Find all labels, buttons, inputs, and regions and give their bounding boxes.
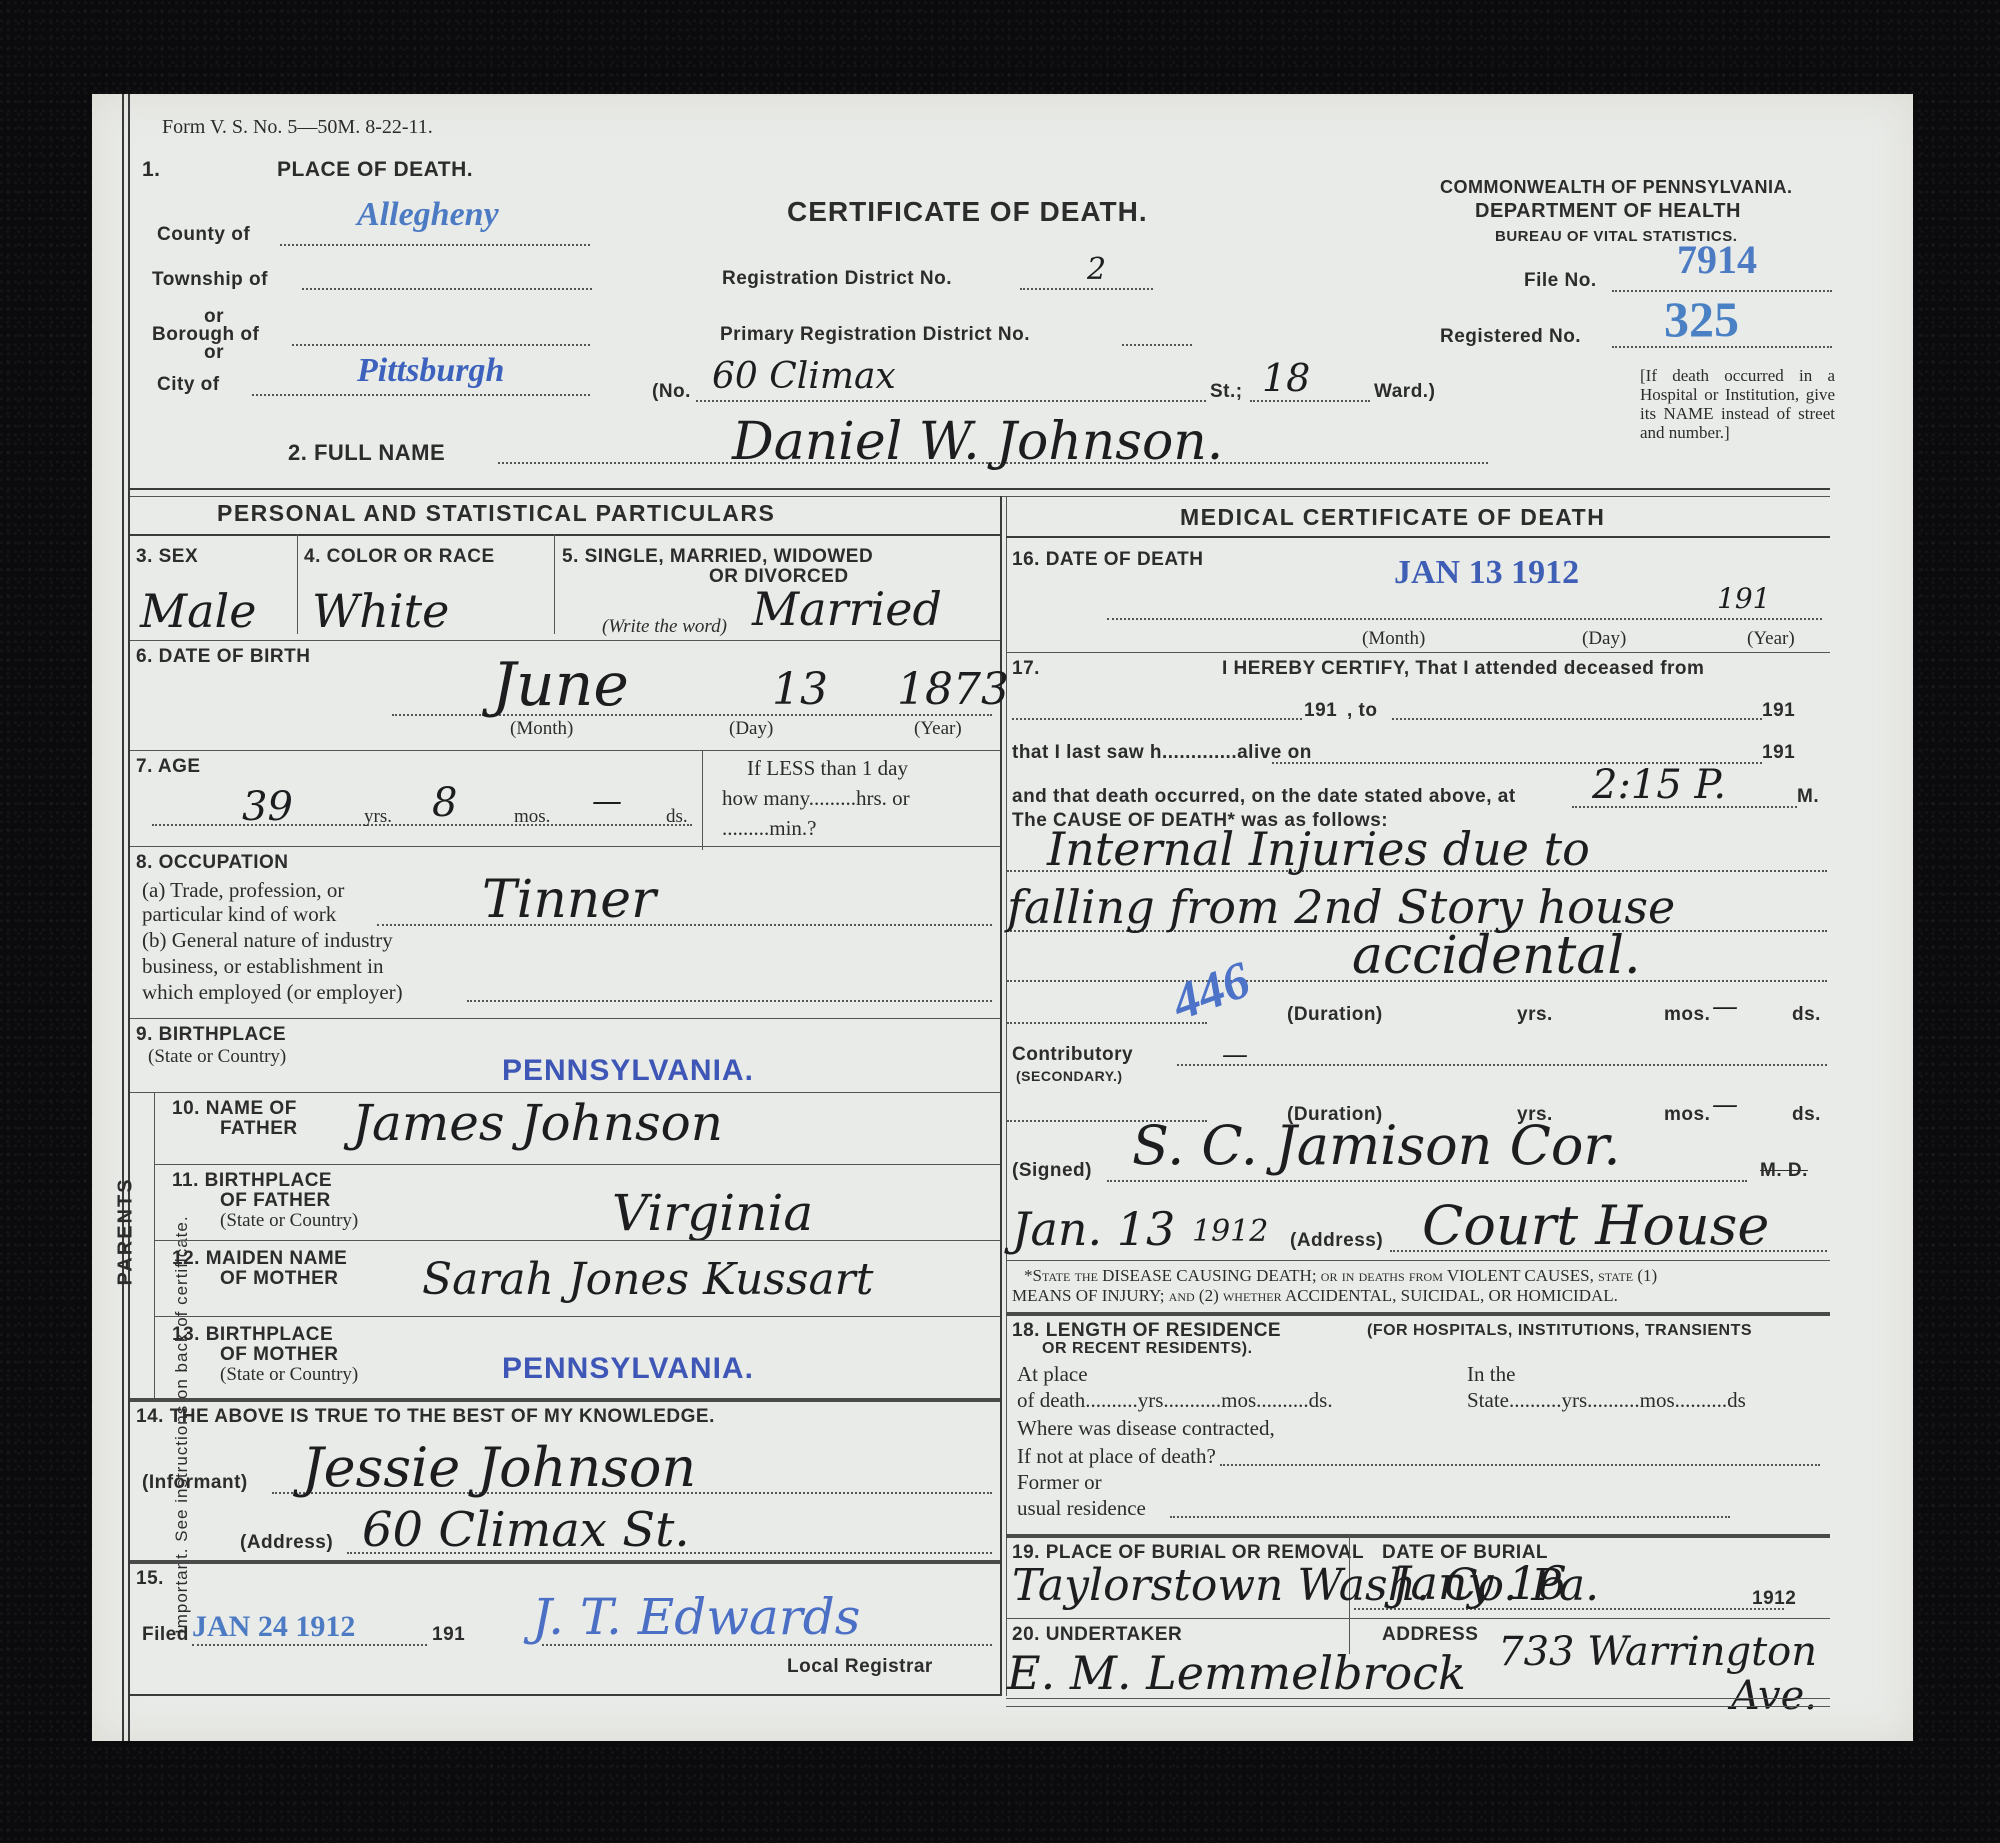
margin-line (122, 94, 124, 1741)
dod-day-caption: (Day) (1582, 628, 1626, 650)
burial-date-value: Jany 16 (1392, 1556, 1567, 1610)
occupation-b-2: business, or establishment in (142, 954, 383, 979)
age-label: 7. AGE (136, 756, 201, 778)
informant-address-label: (Address) (240, 1532, 333, 1554)
divider (130, 488, 1830, 490)
former-residence-line (1170, 1516, 1730, 1518)
contributory-line (1177, 1064, 1827, 1066)
informant-address-value: 60 Climax St. (362, 1502, 690, 1558)
mother-birthplace-label: 13. BIRTHPLACE (172, 1324, 333, 1346)
age-months: 8 (432, 780, 457, 826)
signed-line (1107, 1180, 1747, 1182)
form-number: Form V. S. No. 5—50M. 8-22-11. (162, 116, 433, 139)
city-value: Pittsburgh (357, 352, 504, 390)
less-than-day-1: If LESS than 1 day (747, 756, 908, 781)
marital-label: 5. SINGLE, MARRIED, WIDOWED (562, 546, 873, 568)
duration-2-days: — (1712, 1090, 1738, 1120)
informant-value: Jessie Johnson (302, 1436, 696, 1499)
county-label: County of (157, 224, 250, 246)
occupation-b-3: which employed (or employer) (142, 980, 403, 1005)
divider (130, 1398, 1000, 1402)
street-line (696, 400, 1206, 402)
less-than-day-3: .........min.? (722, 816, 817, 841)
occupation-a-1: (a) Trade, profession, or (142, 878, 344, 903)
divider (1006, 1706, 1830, 1707)
in-state-fields: State..........yrs..........mos.........… (1467, 1388, 1746, 1413)
duration-2-mos: mos. (1664, 1104, 1710, 1126)
cause-value-3: accidental. (1352, 926, 1641, 986)
place-of-death-heading: PLACE OF DEATH. (277, 158, 473, 182)
occupation-a-line (377, 924, 992, 926)
divider (130, 750, 1000, 751)
section-number-1: 1. (142, 158, 161, 182)
cause-value-1: Internal Injuries due to (1047, 822, 1590, 876)
last-saw-suffix: 191 (1762, 742, 1795, 764)
contributory-label: Contributory (1012, 1044, 1133, 1066)
at-place-label: At place (1017, 1362, 1088, 1387)
signed-address-label: (Address) (1290, 1230, 1383, 1252)
father-birthplace-label: 11. BIRTHPLACE (172, 1170, 332, 1192)
registered-no-label: Registered No. (1440, 326, 1581, 348)
contributory-sub: (SECONDARY.) (1016, 1068, 1123, 1084)
race-label: 4. COLOR OR RACE (304, 546, 495, 568)
mother-birthplace-sub: (State or Country) (220, 1364, 358, 1386)
street-suffix: St.; (1210, 381, 1243, 403)
township-line (302, 288, 592, 290)
registered-no-value: 325 (1664, 290, 1739, 348)
less-than-day-2: how many.........hrs. or (722, 786, 910, 811)
signed-label: (Signed) (1012, 1160, 1092, 1182)
divider (1006, 536, 1830, 538)
duration-1-mos: mos. (1664, 1004, 1710, 1026)
informant-label: (Informant) (142, 1472, 248, 1494)
city-line (252, 394, 590, 396)
dob-year: 1873 (897, 664, 1009, 715)
former-residence-label-2: usual residence (1017, 1496, 1146, 1521)
dod-year-caption: (Year) (1747, 628, 1795, 650)
file-no-label: File No. (1524, 270, 1597, 292)
contracted-label: Where was disease contracted, (1017, 1416, 1275, 1441)
month-caption: (Month) (510, 718, 573, 740)
duration-2-ds: ds. (1792, 1104, 1821, 1126)
age-mos-caption: mos. (514, 806, 550, 828)
divider (130, 1092, 1000, 1093)
father-birthplace-label-2: OF FATHER (220, 1190, 331, 1212)
divider (1006, 1534, 1830, 1538)
duration-1-label: (Duration) (1287, 1004, 1383, 1026)
mother-birthplace-label-2: OF MOTHER (220, 1344, 339, 1366)
city-label: City of (157, 374, 220, 396)
cell-divider (702, 750, 703, 850)
parents-side-label: PARENTS (115, 1177, 138, 1285)
duration-1-yrs: yrs. (1517, 1004, 1553, 1026)
divider (154, 1164, 1000, 1165)
occupation-a-2: particular kind of work (142, 902, 336, 927)
registrar-signature: J. T. Edwards (532, 1588, 860, 1646)
occupation-value: Tinner (482, 870, 656, 930)
signed-year: 1912 (1192, 1214, 1268, 1249)
marital-hint: (Write the word) (602, 616, 727, 638)
street-value: 60 Climax (712, 356, 896, 397)
registration-district-line (1020, 288, 1153, 290)
duration-1-ds: ds. (1792, 1004, 1821, 1026)
birthplace-sub: (State or Country) (148, 1046, 286, 1068)
full-name-label: 2. FULL NAME (288, 440, 445, 466)
dod-month-caption: (Month) (1362, 628, 1425, 650)
primary-district-line (1122, 344, 1192, 346)
father-name-value: James Johnson (352, 1094, 723, 1152)
ward-line (1250, 400, 1370, 402)
registrar-label: Local Registrar (787, 1656, 933, 1678)
father-name-label-2: FATHER (220, 1118, 298, 1140)
divider (130, 534, 1000, 536)
age-years: 39 (242, 784, 293, 830)
hospital-note: [If death occurred in a Hospital or Inst… (1640, 366, 1835, 442)
residence-note-2: OR RECENT RESIDENTS). (1042, 1340, 1253, 1358)
year-caption: (Year) (914, 718, 962, 740)
filed-year-prefix: 191 (432, 1624, 465, 1646)
certify-text: I HEREBY CERTIFY, That I attended deceas… (1222, 658, 1704, 680)
borough-line (292, 344, 590, 346)
date-of-death-stamp: JAN 13 1912 (1394, 554, 1579, 592)
issuer-commonwealth: COMMONWEALTH OF PENNSYLVANIA. (1440, 177, 1792, 198)
death-time-value: 2:15 P. (1592, 762, 1726, 808)
footnote-line-2: MEANS OF INJURY; and (2) whether ACCIDEN… (1012, 1286, 1618, 1306)
death-time-suffix: M. (1797, 786, 1819, 808)
last-saw-text: that I last saw h.............alive on (1012, 742, 1312, 764)
mother-birthplace-value: PENNSYLVANIA. (502, 1352, 754, 1386)
signed-address-value: Court House (1422, 1194, 1769, 1257)
ward-label: Ward.) (1374, 381, 1435, 403)
dob-label: 6. DATE OF BIRTH (136, 646, 310, 668)
county-value: Allegheny (357, 196, 499, 234)
mother-name-label: 12. MAIDEN NAME (172, 1248, 347, 1270)
age-line (152, 824, 692, 826)
duration-1-line (1007, 1022, 1207, 1024)
attended-from-suffix: 191 (1304, 700, 1337, 722)
registration-district-value: 2 (1087, 252, 1106, 287)
divider (130, 846, 1000, 847)
at-place-fields: of death..........yrs...........mos.....… (1017, 1388, 1333, 1413)
ward-value: 18 (1262, 356, 1310, 400)
birthplace-label: 9. BIRTHPLACE (136, 1024, 286, 1046)
sex-value: Male (140, 584, 256, 638)
medical-section-title: MEDICAL CERTIFICATE OF DEATH (1180, 504, 1605, 531)
father-birthplace-value: Virginia (612, 1184, 813, 1242)
age-ds-caption: ds. (666, 806, 688, 828)
cell-divider (297, 534, 298, 634)
father-birthplace-sub: (State or Country) (220, 1210, 358, 1232)
divider (154, 1240, 1000, 1241)
divider (154, 1316, 1000, 1317)
divider (1006, 1312, 1830, 1316)
former-residence-label: Former or (1017, 1470, 1102, 1495)
margin-instruction-note: Important. See instructions on back of c… (172, 1114, 192, 1634)
undertaker-address-value: 733 Warrington Ave. (1437, 1630, 1817, 1718)
birthplace-value: PENNSYLVANIA. (502, 1054, 754, 1088)
residence-label: 18. LENGTH OF RESIDENCE (1012, 1320, 1281, 1342)
undertaker-value: E. M. Lemmelbrock (1007, 1646, 1466, 1700)
certify-number: 17. (1012, 658, 1040, 680)
margin-line (128, 94, 130, 1741)
occupation-label: 8. OCCUPATION (136, 852, 289, 874)
full-name-value: Daniel W. Johnson. (732, 412, 1223, 472)
footnote-line-1: *State the DISEASE CAUSING DEATH; or in … (1024, 1266, 1657, 1286)
contracted-label-2: If not at place of death? (1017, 1444, 1216, 1469)
divider (130, 640, 1000, 641)
age-yrs-caption: yrs. (364, 806, 392, 828)
filed-label: Filed (142, 1624, 189, 1646)
death-certificate-document: Important. See instructions on back of c… (92, 94, 1913, 1741)
filed-section-number: 15. (136, 1568, 164, 1590)
burial-year: 1912 (1752, 1588, 1796, 1610)
father-name-label: 10. NAME OF (172, 1098, 297, 1120)
contracted-line (1220, 1464, 1820, 1466)
cause-stamp-number: 446 (1164, 950, 1257, 1032)
divider (1006, 1698, 1830, 1699)
attended-to-line (1392, 718, 1762, 720)
undertaker-label: 20. UNDERTAKER (1012, 1624, 1182, 1646)
dob-day: 13 (772, 664, 828, 715)
occupation-b-line (467, 1000, 992, 1002)
date-of-death-year-prefix: 191 (1717, 582, 1770, 615)
certificate-title: CERTIFICATE OF DEATH. (787, 196, 1148, 228)
or-text: or (204, 342, 224, 364)
divider (130, 1694, 1000, 1696)
attended-to-label: , to (1347, 700, 1378, 722)
primary-district-label: Primary Registration District No. (720, 324, 1030, 346)
date-of-death-label: 16. DATE OF DEATH (1012, 549, 1203, 571)
death-time-text: and that death occurred, on the date sta… (1012, 786, 1516, 808)
divider (1006, 1260, 1830, 1261)
sex-label: 3. SEX (136, 546, 198, 568)
divider (130, 496, 1830, 497)
parents-bracket (154, 1092, 155, 1402)
day-caption: (Day) (729, 718, 773, 740)
divider (130, 1560, 1000, 1564)
filed-line (192, 1644, 427, 1646)
occupation-b-1: (b) General nature of industry (142, 928, 393, 953)
cell-divider (554, 534, 555, 634)
contributory-value: — (1222, 1040, 1248, 1070)
signed-value: S. C. Jamison Cor. (1132, 1114, 1620, 1177)
filed-date-stamp: JAN 24 1912 (192, 1610, 355, 1644)
signed-date: Jan. 13 (1012, 1202, 1175, 1256)
duration-1-days: — (1712, 992, 1738, 1022)
attended-from-line (1012, 718, 1302, 720)
signed-suffix: M. D. (1760, 1160, 1808, 1182)
attestation-label: 14. THE ABOVE IS TRUE TO THE BEST OF MY … (136, 1406, 715, 1428)
county-line (280, 244, 590, 246)
personal-section-title: PERSONAL AND STATISTICAL PARTICULARS (217, 500, 775, 527)
divider (1006, 652, 1830, 653)
township-label: Township of (152, 269, 268, 291)
race-value: White (312, 584, 449, 638)
dob-month: June (492, 650, 629, 720)
divider (130, 1018, 1000, 1019)
registration-district-label: Registration District No. (722, 268, 952, 290)
mother-name-label-2: OF MOTHER (220, 1268, 339, 1290)
street-no-label: (No. (652, 381, 691, 403)
file-no-value: 7914 (1677, 236, 1757, 283)
age-days: — (592, 784, 622, 819)
divider (1006, 1618, 1830, 1619)
marital-value: Married (752, 582, 942, 636)
date-of-death-line (1107, 618, 1822, 620)
residence-note-1: (FOR HOSPITALS, INSTITUTIONS, TRANSIENTS (1367, 1322, 1752, 1340)
in-state-label: In the (1467, 1362, 1515, 1387)
issuer-department: DEPARTMENT OF HEALTH (1475, 200, 1741, 223)
mother-name-value: Sarah Jones Kussart (422, 1254, 873, 1305)
attended-to-suffix: 191 (1762, 700, 1795, 722)
